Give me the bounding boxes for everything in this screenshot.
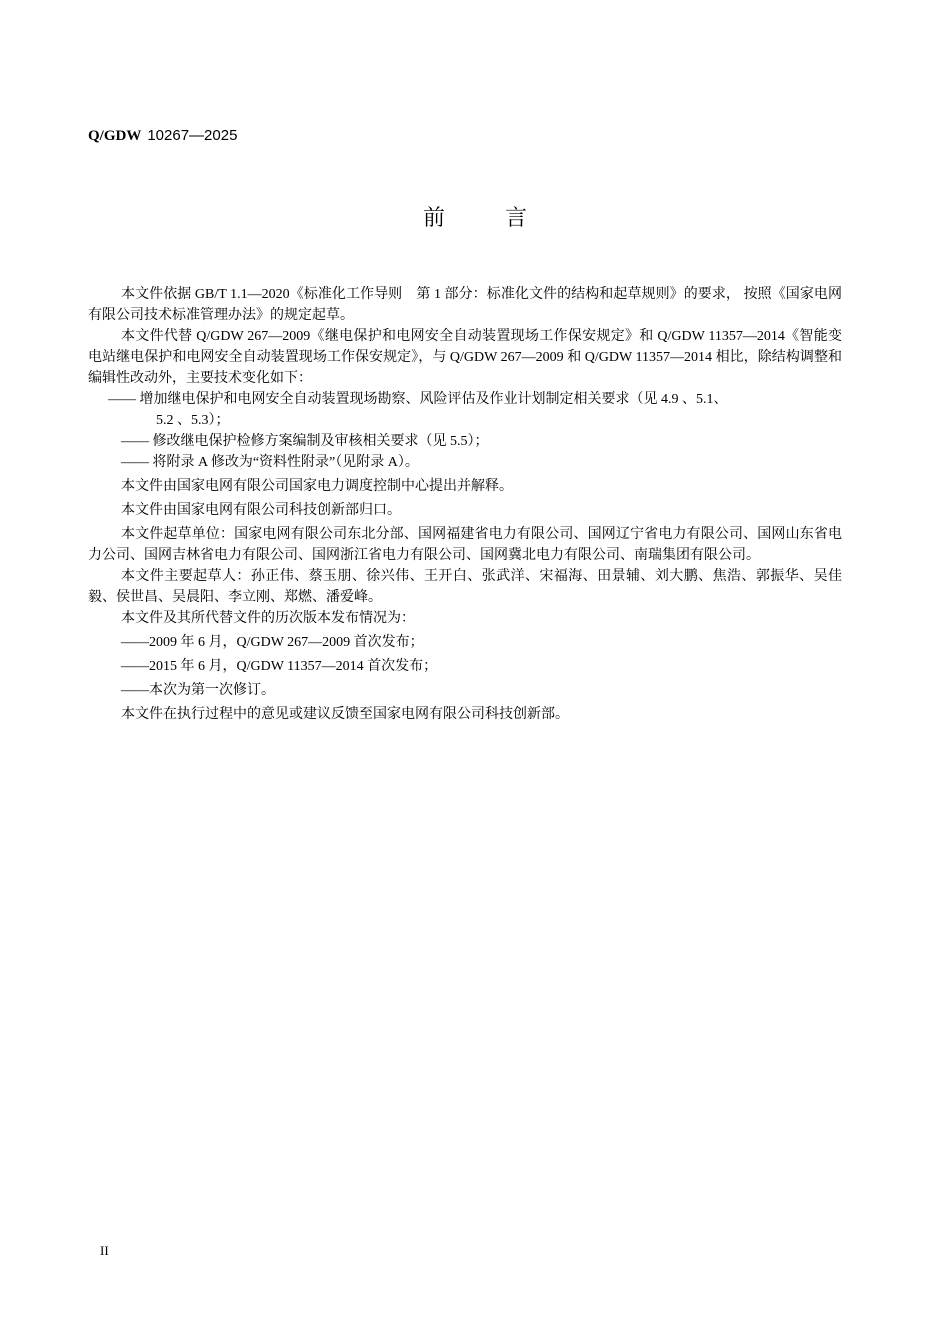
document-code-prefix: Q/GDW bbox=[88, 128, 141, 144]
paragraph-drafting-units: 本文件起草单位：国家电网有限公司东北分部、国网福建省电力有限公司、国网辽宁省电力… bbox=[88, 524, 842, 566]
change-item-3: —— 将附录 A 修改为“资料性附录”（见附录 A）。 bbox=[88, 452, 842, 473]
history-item-3: ——本次为第一次修订。 bbox=[88, 680, 842, 701]
change-dash: —— bbox=[121, 434, 149, 449]
paragraph-replacement: 本文件代替 Q/GDW 267—2009《继电保护和电网安全自动装置现场工作保安… bbox=[88, 326, 842, 389]
paragraph-basis: 本文件依据 GB/T 1.1—2020《标准化工作导则 第 1 部分：标准化文件… bbox=[88, 284, 842, 326]
change-text: 增加继电保护和电网安全自动装置现场勘察、风险评估及作业计划制定相关要求（见 4.… bbox=[140, 392, 728, 407]
document-code-number: 10267—2025 bbox=[147, 127, 237, 144]
history-item-1: ——2009 年 6 月，Q/GDW 267—2009 首次发布； bbox=[88, 632, 842, 653]
paragraph-administrator: 本文件由国家电网有限公司科技创新部归口。 bbox=[88, 500, 842, 521]
page-title: 前言 bbox=[0, 204, 950, 234]
change-item-1: —— 增加继电保护和电网安全自动装置现场勘察、风险评估及作业计划制定相关要求（见… bbox=[88, 389, 842, 431]
change-text: 修改继电保护检修方案编制及审核相关要求（见 5.5）； bbox=[153, 434, 489, 449]
foreword-body: 本文件依据 GB/T 1.1—2020《标准化工作导则 第 1 部分：标准化文件… bbox=[88, 284, 842, 725]
title-char-1: 前 bbox=[423, 204, 445, 234]
change-dash: —— bbox=[121, 455, 149, 470]
paragraph-drafters: 本文件主要起草人：孙正伟、蔡玉朋、徐兴伟、王开白、张武洋、宋福海、田景辅、刘大鹏… bbox=[88, 566, 842, 608]
paragraph-feedback: 本文件在执行过程中的意见或建议反馈至国家电网有限公司科技创新部。 bbox=[88, 704, 842, 725]
change-continuation: 5.2 、5.3）； bbox=[108, 410, 842, 431]
page-number: II bbox=[100, 1243, 109, 1259]
change-text: 将附录 A 修改为“资料性附录”（见附录 A）。 bbox=[153, 455, 419, 470]
paragraph-history-intro: 本文件及其所代替文件的历次版本发布情况为： bbox=[88, 608, 842, 629]
change-dash: —— bbox=[108, 392, 136, 407]
change-item-2: —— 修改继电保护检修方案编制及审核相关要求（见 5.5）； bbox=[88, 431, 842, 452]
history-item-2: ——2015 年 6 月，Q/GDW 11357—2014 首次发布； bbox=[88, 656, 842, 677]
title-char-2: 言 bbox=[505, 204, 527, 234]
document-code: Q/GDW10267—2025 bbox=[88, 127, 237, 146]
paragraph-proposer: 本文件由国家电网有限公司国家电力调度控制中心提出并解释。 bbox=[88, 476, 842, 497]
